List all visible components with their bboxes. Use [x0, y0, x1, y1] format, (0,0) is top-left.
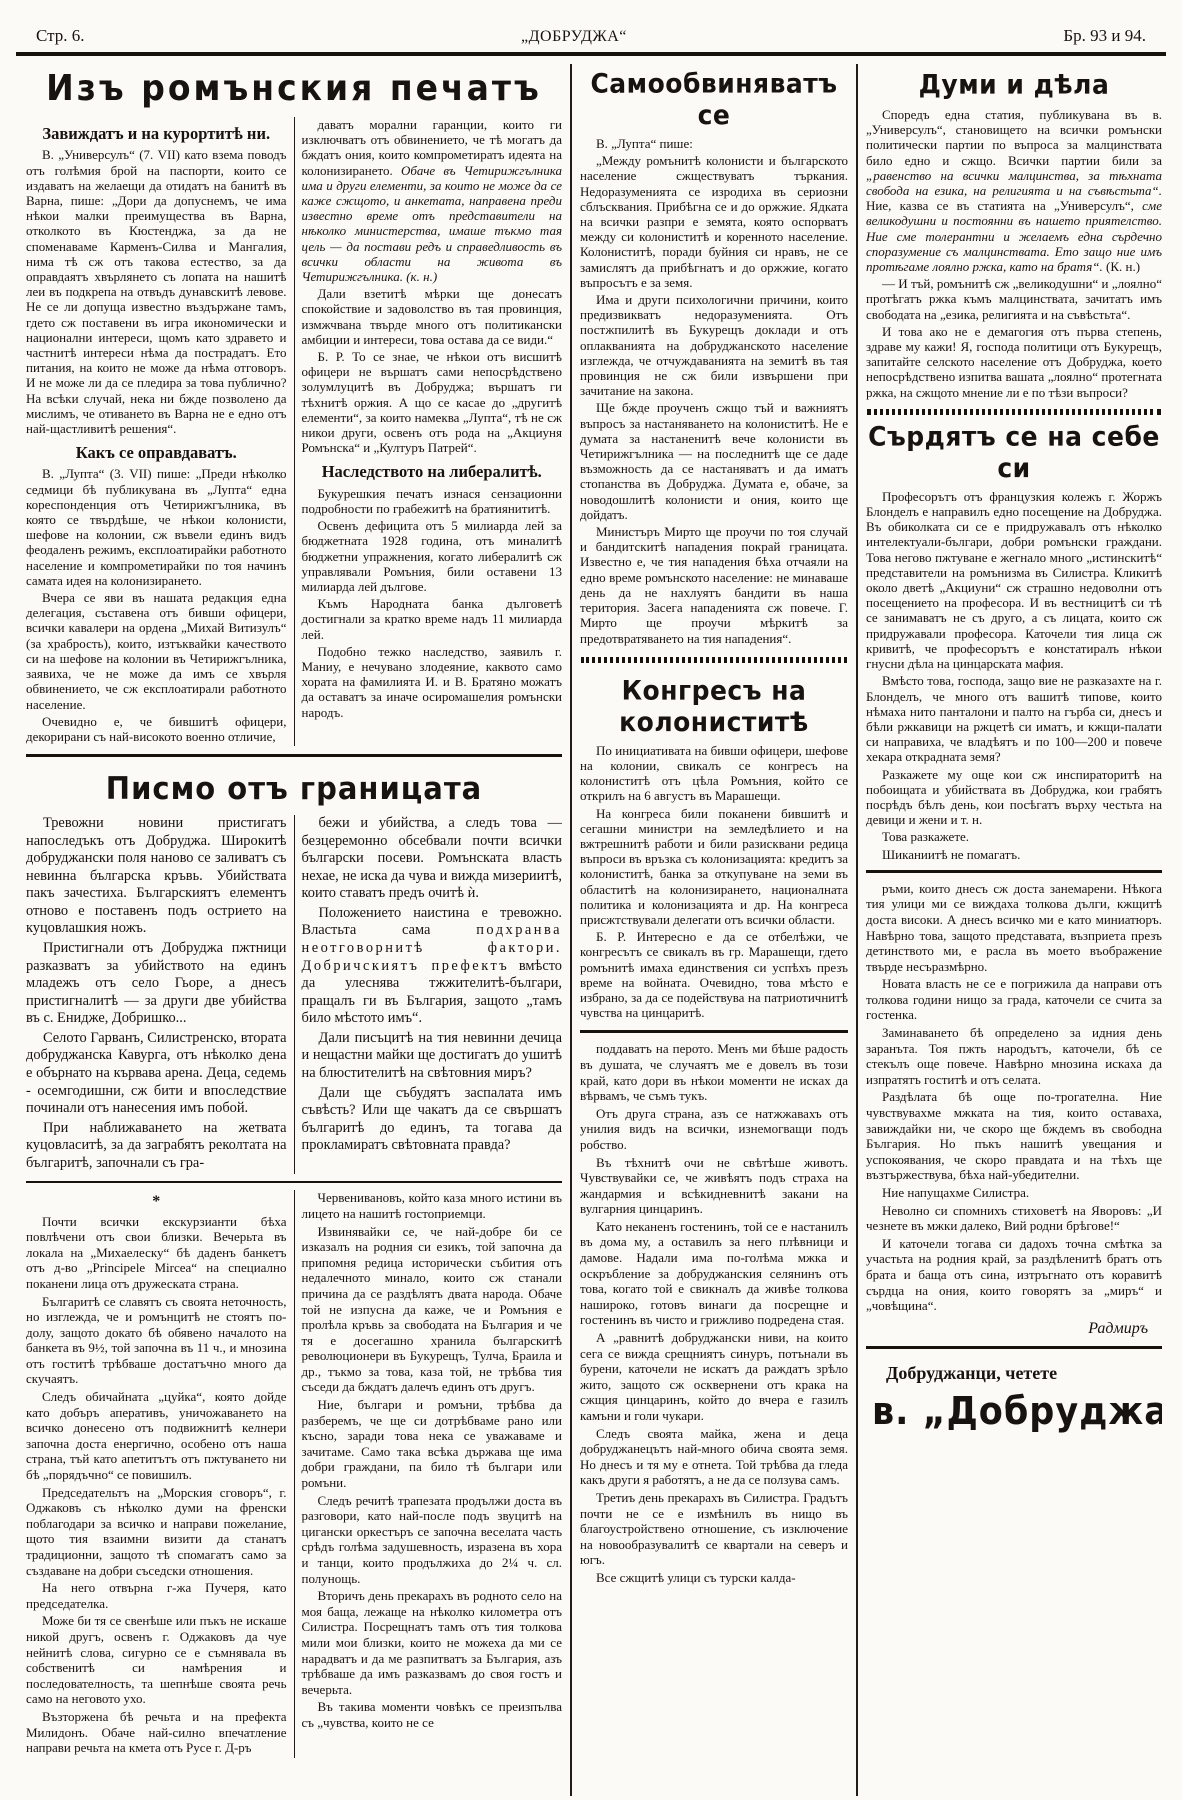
paragraph: Б. Р. То се знае, че нѣкои отъ висшитѣ о… — [302, 349, 563, 455]
headline-romanian-press: Изъ ромънския печатъ — [26, 66, 562, 108]
paragraph: Селото Гарванъ, Силистренско, втората до… — [26, 1030, 287, 1118]
paragraph: В. „Универсулъ“ (7. VII) като взема пово… — [26, 147, 287, 436]
paragraph: Пристигнали отъ Добруджа пжтници разказв… — [26, 940, 287, 1028]
paragraph: „Между ромънитѣ колонисти и българското … — [580, 153, 848, 290]
paragraph: Почти всички екскурзианти бѣха повлѣчени… — [26, 1214, 287, 1292]
paragraph: ръми, които днесъ сж доста занемарени. Н… — [866, 881, 1162, 975]
paragraph: Има и други психологични причини, които … — [580, 292, 848, 398]
column-divider — [294, 117, 295, 746]
border-letter-right: бежи и убийства, а следъ това — безцерем… — [302, 815, 563, 1174]
paragraph: Въ такива моменти човѣкъ се преизпълва с… — [302, 1699, 563, 1730]
dotted-separator — [867, 409, 1161, 415]
paragraph: даватъ морални гаранции, които ги изключ… — [302, 117, 563, 284]
paragraph: Положението наистина е тревожно. Властьт… — [302, 905, 563, 1028]
paragraph: Освенъ дефицита отъ 5 милиарда лей за бю… — [302, 518, 563, 594]
paragraph: Дали писъцитѣ на тия невинни дечица и не… — [302, 1030, 563, 1083]
promo-paper-name: в. „Добруджа“! — [872, 1390, 1162, 1434]
column-2: даватъ морални гаранции, които ги изключ… — [302, 117, 563, 746]
asterisk-separator: * — [26, 1192, 287, 1211]
paragraph: Ние напущахме Силистра. — [866, 1185, 1162, 1201]
headline-congress: Конгресъ на колониститѣ — [580, 674, 848, 737]
subhead-liberal-legacy: Наследството на либералитѣ. — [302, 462, 563, 481]
column-divider — [294, 815, 295, 1174]
paragraph: Подобно тежко наследство, заявилъ г. Ман… — [302, 644, 563, 720]
paragraph: Разкажете му още кои сж инспираторитѣ на… — [866, 767, 1162, 828]
paragraph: Все сжщитѣ улици съ турски калда- — [580, 1570, 848, 1586]
paragraph: Може би тя се свенѣше или пъкъ не искаше… — [26, 1613, 287, 1707]
paragraph: Вмѣсто това, господа, защо вие не разказ… — [866, 673, 1162, 764]
paragraph: Министъръ Мирто ще проучи по тоя случай … — [580, 524, 848, 646]
column-divider — [570, 64, 572, 1796]
border-letter-left: Тревожни новини пристигатъ напоследъкъ о… — [26, 815, 287, 1174]
feuilleton-column-2: Червенивановъ, който каза много истини в… — [302, 1190, 563, 1757]
paragraph: — И тъй, ромънитѣ сж „великодушни“ и „ло… — [866, 276, 1162, 322]
paragraph: Българитѣ се славятъ съ своята неточност… — [26, 1294, 287, 1388]
headline-self-accuse: Самообвиняватъ се — [580, 68, 848, 131]
paragraph: Извинявайки се, че най-добре би се изказ… — [302, 1224, 563, 1396]
issue-number: Бр. 93 и 94. — [1063, 26, 1146, 46]
headline-angry: Сърдятъ се на себе си — [866, 421, 1162, 484]
section-rule — [866, 1346, 1162, 1349]
subhead-resorts: Завиждатъ и на курортитѣ ни. — [26, 124, 287, 143]
paragraph: Дали ще събудятъ заспалата имъ съвѣсть? … — [302, 1085, 563, 1155]
paragraph: При наближаването на жетвата куцовласитѣ… — [26, 1120, 287, 1173]
dotted-separator — [581, 657, 847, 663]
paragraph: На конгреса били поканени бившитѣ и сега… — [580, 806, 848, 928]
paragraph: поддаватъ на перото. Менъ ми бѣше радост… — [580, 1041, 848, 1103]
section-rule — [26, 754, 562, 757]
feuilleton-column-4: ръми, които днесъ сж доста занемарени. Н… — [866, 881, 1162, 1314]
paragraph: Заминаването бѣ определено за идния день… — [866, 1025, 1162, 1087]
paragraph: Като неканенъ гостенинъ, той се е настан… — [580, 1219, 848, 1328]
paragraph: бежи и убийства, а следъ това — безцерем… — [302, 815, 563, 903]
column-divider — [856, 64, 858, 1796]
paragraph: Шиканиитѣ не помагатъ. — [866, 847, 1162, 862]
paragraph: Ще бжде проученъ сжщо тъй и важниятъ въп… — [580, 400, 848, 522]
zone-left: Изъ ромънския печатъ Завиждатъ и на куро… — [26, 64, 562, 1796]
paragraph: Неволно си спомнихъ стиховетѣ на Яворовъ… — [866, 1203, 1162, 1234]
section-rule — [866, 870, 1162, 873]
paragraph: Възторжена бѣ речьта и на префекта Милид… — [26, 1709, 287, 1756]
column-1: Завиждатъ и на курортитѣ ни. В. „Универс… — [26, 117, 287, 746]
paragraph: В. „Лупта“ (3. VII) пише: „Преди нѣколко… — [26, 466, 287, 588]
section-rule — [26, 1181, 562, 1183]
paragraph: На него отвърна г-жа Пучеря, като предсе… — [26, 1580, 287, 1611]
text-run: Споредъ една статия, публикувана въ в. „… — [866, 107, 1162, 168]
zone-right: Думи и дѣла Споредъ една статия, публику… — [866, 64, 1162, 1796]
paragraph: Вторичъ день прекарахъ въ родното село н… — [302, 1588, 563, 1697]
paragraph: Председательтъ на „Морския сговоръ“, г. … — [26, 1485, 287, 1579]
paragraph: Дали взетитѣ мѣрки ще донесатъ спокойств… — [302, 286, 563, 347]
paragraph: В. „Лупта“ пише: — [580, 136, 848, 151]
angry-body: Професорътъ отъ французкия колежъ г. Жор… — [866, 489, 1162, 862]
paragraph: Раздѣлата бѣ още по-трогателна. Ние чувс… — [866, 1089, 1162, 1183]
paragraph: Въ тѣхнитѣ очи не свѣтѣше животъ. Чувств… — [580, 1155, 848, 1217]
paragraph: Следъ своята майка, жена и деца добруджа… — [580, 1426, 848, 1488]
feuilleton-column-3: поддаватъ на перото. Менъ ми бѣше радост… — [580, 1041, 848, 1587]
page-number: Стр. 6. — [36, 26, 85, 46]
zone-middle: Самообвиняватъ се В. „Лупта“ пише: „Межд… — [580, 64, 848, 1796]
paragraph: Вчера се яви въ нашата редакция една дел… — [26, 590, 287, 712]
paragraph: Ние, българи и ромъни, трѣбва да разбере… — [302, 1397, 563, 1491]
paragraph: А „равнитѣ добруджански ниви, на които с… — [580, 1330, 848, 1424]
paragraph: Отъ друга страна, азъ се натжжавахъ отъ … — [580, 1106, 848, 1153]
feuilleton-columns-left: * Почти всички екскурзианти бѣха повлѣче… — [26, 1190, 562, 1757]
right-column-flow: Думи и дѣла Споредъ една статия, публику… — [866, 64, 1162, 1316]
promo-call-text: Добруджанци, четете — [872, 1363, 1162, 1384]
text-run: Ние, казва се въ статията на „Универсулъ… — [866, 198, 1142, 213]
paragraph: Професорътъ отъ французкия колежъ г. Жор… — [866, 489, 1162, 671]
paragraph: И каточели тогава си дадохъ точна смѣтка… — [866, 1236, 1162, 1314]
paragraph: Червенивановъ, който каза много истини в… — [302, 1190, 563, 1221]
italic-text-run: Обаче въ Четирижгълника има и други елем… — [302, 163, 563, 284]
paragraph: Споредъ една статия, публикувана въ в. „… — [866, 107, 1162, 274]
subhead-excuses: Какъ се оправдаватъ. — [26, 443, 287, 462]
newspaper-page: Стр. 6. „ДОБРУДЖА“ Бр. 93 и 94. Изъ ромъ… — [0, 0, 1182, 1800]
paragraph: Б. Р. Интересно е да се отбелѣжи, че кон… — [580, 929, 848, 1020]
paragraph: Следъ речитѣ трапезата продължи доста въ… — [302, 1493, 563, 1587]
page-header: Стр. 6. „ДОБРУДЖА“ Бр. 93 и 94. — [0, 0, 1182, 49]
paragraph: Новата власть не се е погрижила да напра… — [866, 976, 1162, 1023]
headline-words-deeds: Думи и дѣла — [866, 69, 1162, 100]
self-accuse-body: В. „Лупта“ пише: „Между ромънитѣ колонис… — [580, 136, 848, 648]
paragraph: Букурешкия печатъ изнася сензационни под… — [302, 486, 563, 516]
paragraph: Следъ обичайната „цуйка“, която дойде ка… — [26, 1389, 287, 1483]
paragraph: Очевидно е, че бившитѣ офицери, декорира… — [26, 714, 287, 744]
paragraph: И това ако не е демагогия отъ първа степ… — [866, 324, 1162, 400]
congress-body: По инициативата на бивши офицери, шефове… — [580, 743, 848, 1023]
words-deeds-body: Споредъ една статия, публикувана въ в. „… — [866, 107, 1162, 400]
paragraph: По инициативата на бивши офицери, шефове… — [580, 743, 848, 804]
section-rule — [580, 1030, 848, 1033]
romanian-press-columns: Завиждатъ и на курортитѣ ни. В. „Универс… — [26, 117, 562, 746]
masthead: „ДОБРУДЖА“ — [521, 28, 627, 46]
self-promo-box: Добруджанци, четете в. „Добруджа“! — [866, 1357, 1162, 1432]
paragraph: Третиъ день прекарахъ въ Силистра. Градъ… — [580, 1490, 848, 1568]
paragraph: Къмъ Народната банка дълговетѣ достигнал… — [302, 596, 563, 642]
text-run: (К. н.) — [1103, 259, 1140, 274]
column-divider — [294, 1190, 295, 1757]
author-signature: Радмиръ — [866, 1316, 1162, 1338]
page-content: Изъ ромънския печатъ Завиждатъ и на куро… — [0, 56, 1182, 1796]
feuilleton-column-1: * Почти всички екскурзианти бѣха повлѣче… — [26, 1190, 287, 1757]
italic-text-run: „равенство на всички малцинства, за тѣхн… — [866, 168, 1162, 198]
headline-border-letter: Писмо отъ границата — [26, 770, 562, 807]
border-letter-columns: Тревожни новини пристигатъ напоследъкъ о… — [26, 815, 562, 1174]
paragraph: Това разкажете. — [866, 829, 1162, 844]
paragraph: Тревожни новини пристигатъ напоследъкъ о… — [26, 815, 287, 938]
